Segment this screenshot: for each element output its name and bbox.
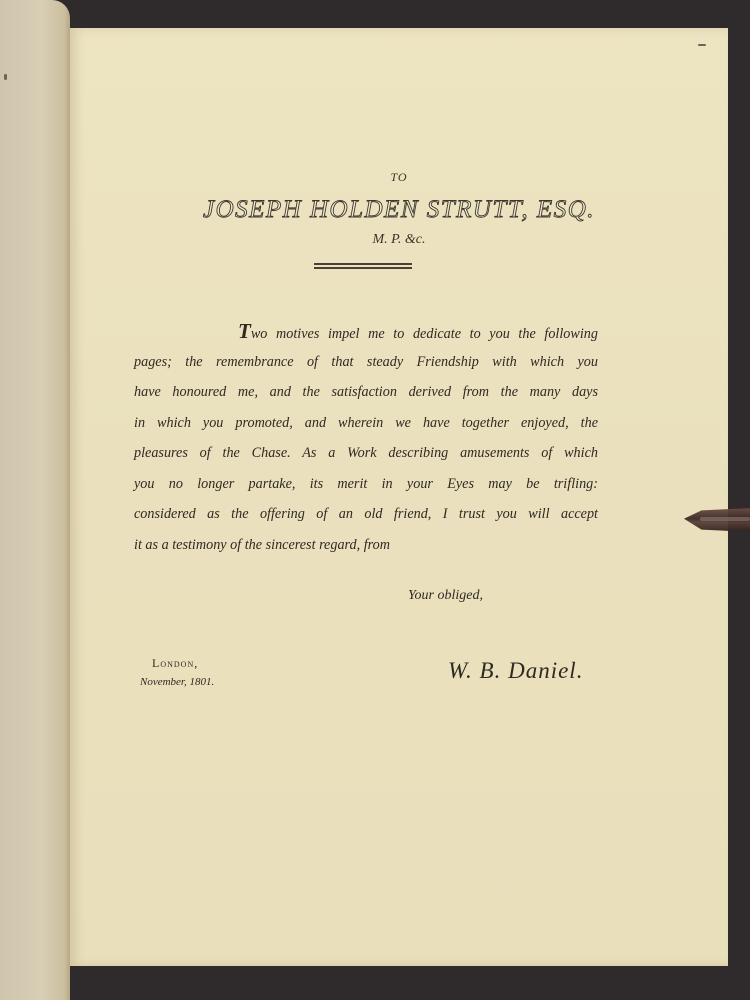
foxing-spot xyxy=(4,74,7,80)
closing-salutation: Your obliged, xyxy=(408,588,483,604)
signature: W. B. Daniel. xyxy=(448,658,583,684)
pen-highlight xyxy=(700,517,750,521)
body-line: pleasures of the Chase. As a Work descri… xyxy=(134,438,598,469)
body-line: pages; the remembrance of that steady Fr… xyxy=(134,347,598,378)
double-rule-divider xyxy=(314,263,412,269)
dedication-body: Two motives impel me to dedicate to you … xyxy=(134,316,598,560)
body-line: Two motives impel me to dedicate to you … xyxy=(134,316,598,347)
drop-cap: T xyxy=(238,319,251,343)
addressee-title: M. P. &c. xyxy=(70,232,728,248)
body-line: it as a testimony of the sincerest regar… xyxy=(134,530,598,561)
paper-fleck xyxy=(698,44,706,46)
body-line: considered as the offering of an old fri… xyxy=(134,499,598,530)
addressee-name: JOSEPH HOLDEN STRUTT, ESQ. xyxy=(70,196,728,224)
body-line: have honoured me, and the satisfaction d… xyxy=(134,377,598,408)
facing-left-page xyxy=(0,0,70,1000)
body-line: in which you promoted, and wherein we ha… xyxy=(134,408,598,439)
body-line: you no longer partake, its merit in your… xyxy=(134,469,598,500)
dedication-page: TO JOSEPH HOLDEN STRUTT, ESQ. M. P. &c. … xyxy=(70,28,728,966)
date-line: November, 1801. xyxy=(140,676,214,688)
place-line: London, xyxy=(152,656,198,671)
addressee-prefix: TO xyxy=(70,170,728,185)
